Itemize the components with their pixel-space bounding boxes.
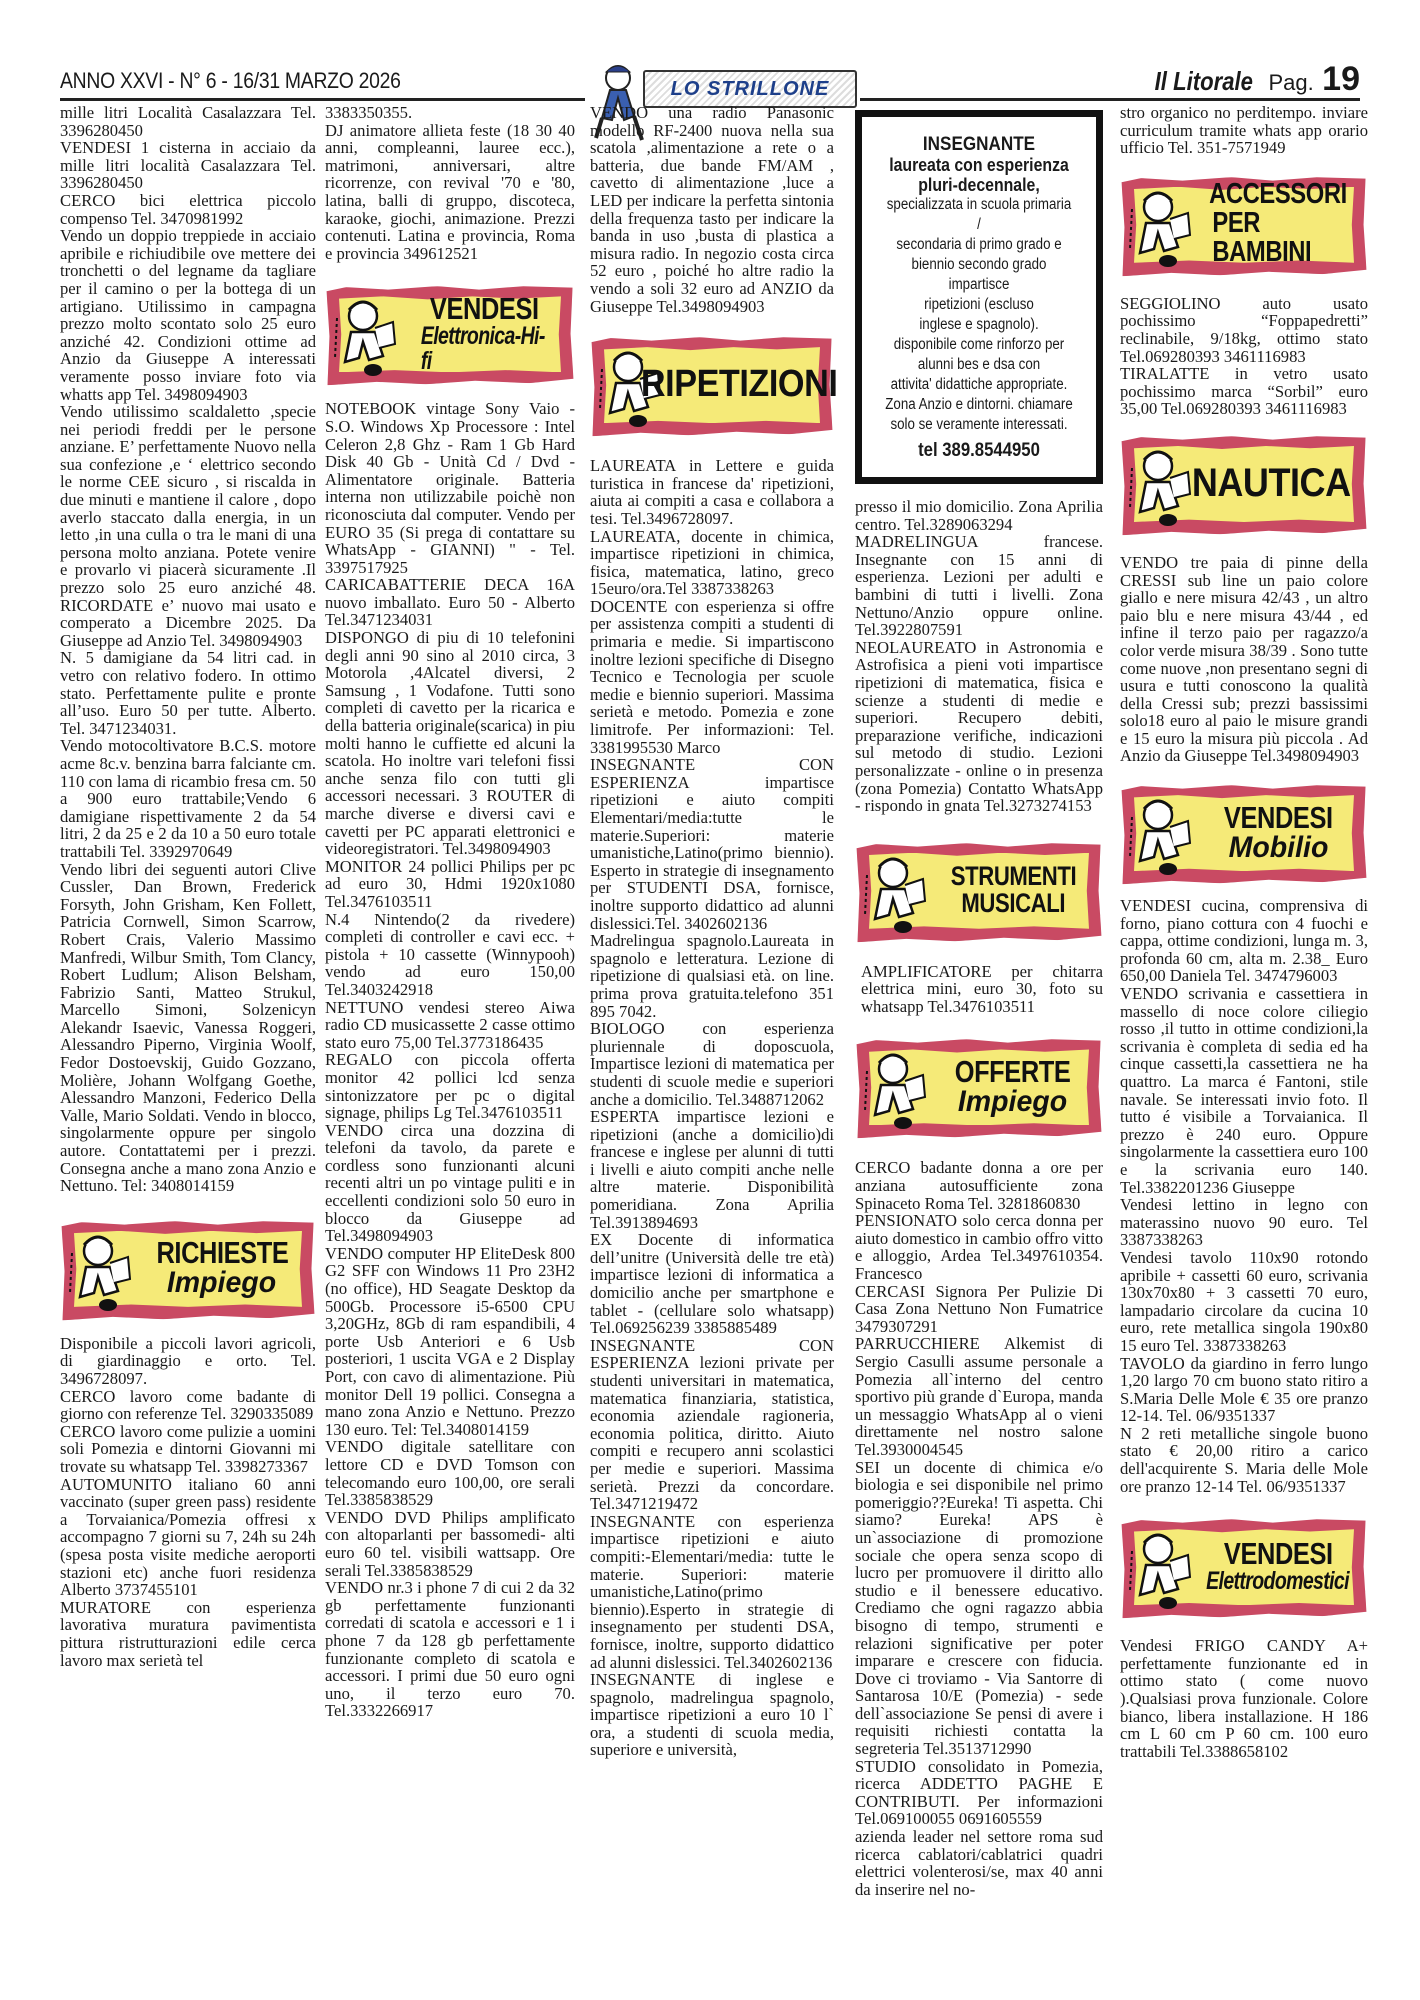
section-banner-vendesi-mobilio: VENDESIMobilio bbox=[1120, 781, 1368, 889]
newsboy-mascot-icon bbox=[329, 288, 399, 382]
classified-ad: AMPLIFICATORE per chitarra elettrica min… bbox=[855, 963, 1103, 1016]
classified-ad: 3383350355. bbox=[325, 104, 575, 122]
classified-ad: LAUREATA in Lettere e guida turistica in… bbox=[590, 457, 834, 527]
newsboy-mascot-icon bbox=[64, 1223, 134, 1317]
classified-ad: Vendo motocoltivatore B.C.S. motore acme… bbox=[60, 737, 316, 860]
banner-subtitle: Impiego bbox=[167, 1268, 276, 1298]
banner-title: STRUMENTI bbox=[950, 863, 1075, 890]
classified-ad: CERCO lavoro come badante di giorno con … bbox=[60, 1388, 316, 1423]
classified-ad: CARICABATTERIE DECA 16A nuovo imballato.… bbox=[325, 576, 575, 629]
column-2: 3383350355. DJ animatore allieta feste (… bbox=[325, 104, 575, 1720]
classified-ad: VENDO tre paia di pinne della CRESSI sub… bbox=[1120, 554, 1368, 765]
newsboy-mascot-icon bbox=[859, 845, 929, 939]
classified-ad: TAVOLO da giardino in ferro lungo 1,20 l… bbox=[1120, 1355, 1368, 1425]
classified-ad: Vendo libri dei seguenti autori Clive Cu… bbox=[60, 861, 316, 1195]
section-banner-offerte-impiego: OFFERTEImpiego bbox=[855, 1035, 1103, 1143]
classified-ad: NEOLAUREATO in Astronomia e Astrofisica … bbox=[855, 639, 1103, 815]
classified-ad: stro organico no perditempo. inviare cur… bbox=[1120, 104, 1368, 157]
classified-ad: VENDO digitale satellitare con lettore C… bbox=[325, 1438, 575, 1508]
banner-title: RIPETIZIONI bbox=[641, 365, 837, 403]
banner-title: ACCESSORI bbox=[1209, 180, 1347, 209]
classified-ad: INSEGNANTE di inglese e spagnolo, madrel… bbox=[590, 1671, 834, 1759]
banner-title: RICHIESTE bbox=[156, 1237, 288, 1268]
boxed-ad-line: Zona Anzio e dintorni. chiamare bbox=[885, 395, 1072, 415]
classified-ad: SEGGIOLINO auto usato pochissimo “Foppap… bbox=[1120, 295, 1368, 365]
banner-title: VENDESI bbox=[1224, 1538, 1333, 1569]
classified-ad: Disponibile a piccoli lavori agricoli, d… bbox=[60, 1335, 316, 1388]
classified-ad: Vendesi lettino in legno con materassino… bbox=[1120, 1196, 1368, 1249]
issue-info: ANNO XXVI - N° 6 - 16/31 MARZO 2026 bbox=[60, 68, 401, 94]
boxed-ad-line: solo se veramente interessati. bbox=[885, 415, 1072, 435]
classified-ad: VENDO computer HP EliteDesk 800 G2 SFF c… bbox=[325, 1245, 575, 1439]
newsboy-mascot-icon bbox=[1124, 787, 1194, 881]
classified-ad: SEI un docente di chimica e/o biologia e… bbox=[855, 1459, 1103, 1758]
classified-ad: presso il mio domicilio. Zona Aprilia ce… bbox=[855, 498, 1103, 533]
classified-ad: VENDO DVD Philips amplificato con altopa… bbox=[325, 1509, 575, 1579]
banner-subtitle: Impiego bbox=[958, 1087, 1067, 1117]
column-1: mille litri Località Casalazzara Tel. 33… bbox=[60, 104, 316, 1669]
section-banner-vendesi-elettrodomestici: VENDESIElettrodomestici bbox=[1120, 1515, 1368, 1623]
column-5: stro organico no perditempo. inviare cur… bbox=[1120, 104, 1368, 1760]
boxed-ad-line: ripetizioni (escluso bbox=[885, 295, 1072, 315]
classified-ad: BIOLOGO con esperienza pluriennale di do… bbox=[590, 1020, 834, 1108]
page-number: 19 bbox=[1322, 60, 1360, 98]
classified-ad: AUTOMUNITO italiano 60 anni vaccinato (s… bbox=[60, 1476, 316, 1599]
banner-subtitle: Elettrodomestici bbox=[1207, 1569, 1350, 1594]
classified-ad: LAUREATA, docente in chimica, impartisce… bbox=[590, 528, 834, 598]
banner-subtitle: MUSICALI bbox=[961, 890, 1065, 917]
classified-ad: PARRUCCHIERE Alkemist di Sergio Casulli … bbox=[855, 1335, 1103, 1458]
header-rule-right bbox=[860, 98, 1360, 101]
boxed-ad-line: specializzata in scuola primaria / bbox=[885, 195, 1072, 235]
classified-ad: STUDIO consolidato in Pomezia, ricerca A… bbox=[855, 1758, 1103, 1828]
banner-subtitle: Mobilio bbox=[1228, 833, 1328, 863]
boxed-ad-phone: tel 389.8544950 bbox=[883, 441, 1075, 461]
boxed-ad-line: attivita' didattiche appropriate. bbox=[885, 375, 1072, 395]
classified-ad: VENDO scrivania e cassettiera in massell… bbox=[1120, 985, 1368, 1196]
boxed-ad-line: alunni bes e dsa con bbox=[885, 355, 1072, 375]
boxed-ad-title: INSEGNANTE bbox=[881, 135, 1077, 155]
masthead: Il Litorale Pag. 19 bbox=[1146, 60, 1360, 99]
classified-ad: VENDO nr.3 i phone 7 di cui 2 da 32 gb p… bbox=[325, 1579, 575, 1720]
banner-subtitle: Elettronica-Hi-fi bbox=[421, 324, 547, 374]
classified-ad: INSEGNANTE con esperienza impartisce rip… bbox=[590, 1513, 834, 1671]
classified-ad: CERCO lavoro come pulizie a uomini soli … bbox=[60, 1423, 316, 1476]
banner-title: OFFERTE bbox=[955, 1056, 1071, 1087]
section-banner-richieste-impiego: RICHIESTEImpiego bbox=[60, 1217, 316, 1325]
classified-ad: PENSIONATO solo cerca donna per aiuto do… bbox=[855, 1212, 1103, 1282]
banner-title: VENDESI bbox=[1224, 802, 1333, 833]
classified-ad: CERCO badante donna a ore per anziana au… bbox=[855, 1159, 1103, 1212]
page-label: Pag. bbox=[1268, 70, 1313, 95]
classified-ad: VENDO circa una dozzina di telefoni da t… bbox=[325, 1122, 575, 1245]
newsboy-mascot-icon bbox=[859, 1041, 929, 1135]
classified-ad: INSEGNANTE CON ESPERIENZA impartisce rip… bbox=[590, 756, 834, 932]
classified-ad: ESPERTA impartisce lezioni e ripetizioni… bbox=[590, 1108, 834, 1231]
classified-ad: REGALO con piccola offerta monitor 42 po… bbox=[325, 1051, 575, 1121]
classified-ad: EX Docente di informatica dell’unitre (U… bbox=[590, 1231, 834, 1337]
classified-ad: Vendo un doppio treppiede in acciaio apr… bbox=[60, 227, 316, 403]
header-rule-left bbox=[60, 98, 585, 101]
newsboy-mascot-icon bbox=[1124, 179, 1194, 273]
classified-ad: VENDESI 1 cisterna in acciaio da mille l… bbox=[60, 139, 316, 192]
column-3: VENDO una radio Panasonic modello RF-240… bbox=[590, 104, 834, 1759]
boxed-ad-line: biennio secondo grado impartisce bbox=[885, 255, 1072, 295]
section-banner-accessori-bambini: ACCESSORIPER BAMBINI bbox=[1120, 173, 1368, 281]
classified-ad: VENDO una radio Panasonic modello RF-240… bbox=[590, 104, 834, 315]
classified-ad: Vendo utilissimo scaldaletto ,specie nei… bbox=[60, 403, 316, 649]
boxed-ad-subtitle: pluri-decennale, bbox=[883, 175, 1075, 195]
section-banner-ripetizioni: RIPETIZIONI bbox=[590, 333, 834, 441]
boxed-ad-line: secondaria di primo grado e bbox=[885, 235, 1072, 255]
section-banner-nautica: NAUTICA bbox=[1120, 432, 1368, 540]
boxed-ad-insegnante: INSEGNANTE laureata con esperienza pluri… bbox=[855, 110, 1103, 484]
classified-ad: INSEGNANTE CON ESPERIENZA lezioni privat… bbox=[590, 1337, 834, 1513]
boxed-ad-line: disponibile come rinforzo per bbox=[885, 335, 1072, 355]
section-banner-vendesi-elettronica: VENDESIElettronica-Hi-fi bbox=[325, 282, 575, 390]
classified-ad: NETTUNO vendesi stereo Aiwa radio CD mus… bbox=[325, 999, 575, 1052]
classified-ad: DJ animatore allieta feste (18 30 40 ann… bbox=[325, 122, 575, 263]
classified-ad: CERCASI Signora Per Pulizie Di Casa Zona… bbox=[855, 1283, 1103, 1336]
classified-ad: DISPONGO di piu di 10 telefonini degli a… bbox=[325, 629, 575, 858]
classified-ad: TIRALATTE in vetro usato pochissimo marc… bbox=[1120, 365, 1368, 418]
classified-ad: N.4 Nintendo(2 da rivedere) completi di … bbox=[325, 911, 575, 999]
boxed-ad-subtitle: laureata con esperienza bbox=[883, 155, 1075, 175]
classified-ad: mille litri Località Casalazzara Tel. 33… bbox=[60, 104, 316, 139]
brand-name: Il Litorale bbox=[1155, 66, 1253, 97]
classified-ad: Vendesi tavolo 110x90 rotondo apribile +… bbox=[1120, 1249, 1368, 1355]
banner-title: VENDESI bbox=[430, 293, 539, 324]
classified-ad: DOCENTE con esperienza si offre per assi… bbox=[590, 598, 834, 756]
column-4: INSEGNANTE laureata con esperienza pluri… bbox=[855, 104, 1103, 1898]
classified-ad: NOTEBOOK vintage Sony Vaio - S.O. Window… bbox=[325, 400, 575, 576]
classified-ad: N. 5 damigiane da 54 litri cad. in vetro… bbox=[60, 649, 316, 737]
classified-ad: N 2 reti metalliche singole buono stato … bbox=[1120, 1425, 1368, 1495]
classified-ad: MONITOR 24 pollici Philips per pc ad eur… bbox=[325, 858, 575, 911]
classified-ad: CERCO bici elettrica piccolo compenso Te… bbox=[60, 192, 316, 227]
banner-title: NAUTICA bbox=[1192, 463, 1351, 503]
classified-ad: Vendesi FRIGO CANDY A+ perfettamente fun… bbox=[1120, 1637, 1368, 1760]
classified-ad: Madrelingua spagnolo.Laureata in spagnol… bbox=[590, 932, 834, 1020]
banner-subtitle: PER BAMBINI bbox=[1212, 209, 1343, 267]
section-banner-strumenti-musicali: STRUMENTIMUSICALI bbox=[855, 839, 1103, 947]
newsboy-mascot-icon bbox=[1124, 1521, 1194, 1615]
classified-ad: VENDESI cucina, comprensiva di forno, pi… bbox=[1120, 897, 1368, 985]
classified-ad: azienda leader nel settore roma sud rice… bbox=[855, 1828, 1103, 1898]
boxed-ad-line: inglese e spagnolo). bbox=[885, 315, 1072, 335]
classified-ad: MADRELINGUA francese. Insegnante con 15 … bbox=[855, 533, 1103, 639]
classified-ad: MURATORE con esperienza lavorativa murat… bbox=[60, 1599, 316, 1669]
